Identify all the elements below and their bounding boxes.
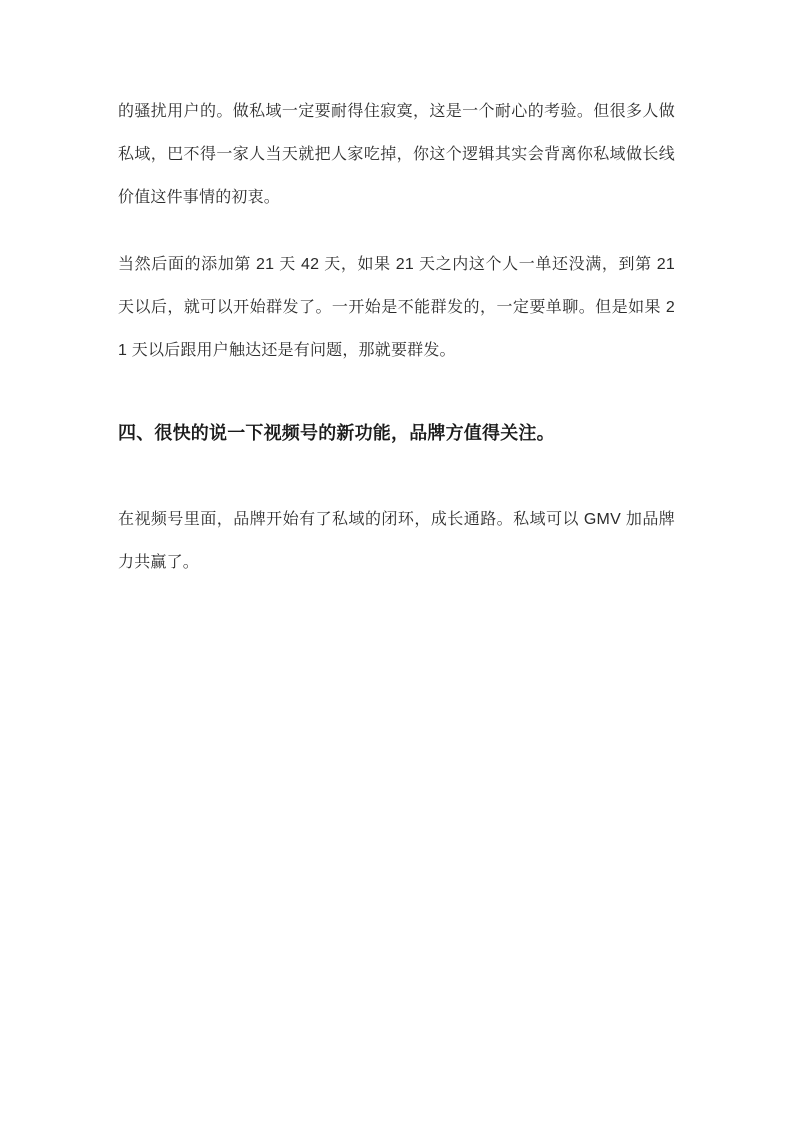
paragraph-21-day-rule: 当然后面的添加第 21 天 42 天，如果 21 天之内这个人一单还没满，到第 …	[118, 243, 675, 372]
section-heading-video-account-features: 四、很快的说一下视频号的新功能，品牌方值得关注。	[118, 418, 675, 448]
paragraph-private-domain-patience: 的骚扰用户的。做私域一定要耐得住寂寞，这是一个耐心的考验。但很多人做私域，巴不得…	[118, 90, 675, 219]
document-page: 的骚扰用户的。做私域一定要耐得住寂寞，这是一个耐心的考验。但很多人做私域，巴不得…	[0, 0, 793, 1122]
document-content: 的骚扰用户的。做私域一定要耐得住寂寞，这是一个耐心的考验。但很多人做私域，巴不得…	[118, 90, 675, 608]
paragraph-video-account-closed-loop: 在视频号里面，品牌开始有了私域的闭环，成长通路。私域可以 GMV 加品牌力共赢了…	[118, 498, 675, 584]
